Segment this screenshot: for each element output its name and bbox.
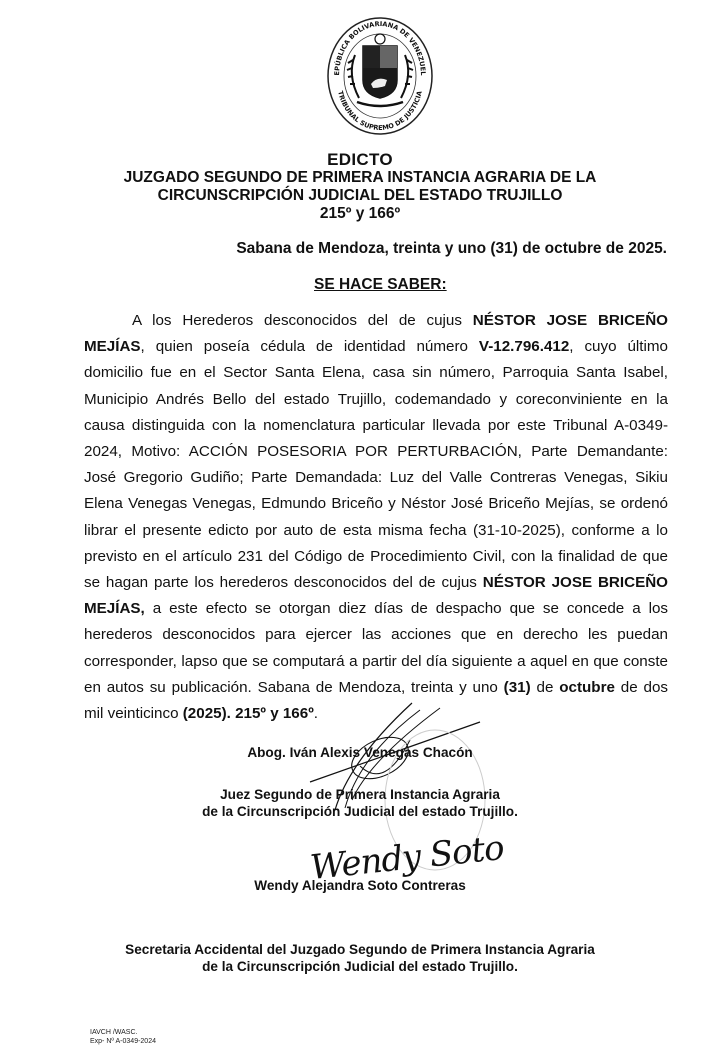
place-and-date: Sabana de Mendoza, treinta y uno (31) de…: [236, 240, 667, 258]
secretary-title-line1: Secretaria Accidental del Juzgado Segund…: [0, 942, 720, 957]
month-name: octubre: [559, 679, 615, 696]
footer-references: IAVCH /WASC. Exp- Nº A-0349-2024: [90, 1028, 156, 1046]
body-paragraph: A los Herederos desconocidos del de cuju…: [84, 308, 668, 727]
judge-title-line1: Juez Segundo de Primera Instancia Agrari…: [0, 787, 720, 802]
notice-heading: SE HACE SABER:: [314, 276, 447, 294]
initials: IAVCH /WASC.: [90, 1028, 156, 1037]
secretary-name: Wendy Alejandra Soto Contreras: [0, 878, 720, 893]
court-name-line2: CIRCUNSCRIPCIÓN JUDICIAL DEL ESTADO TRUJ…: [0, 187, 720, 205]
coat-of-arms-seal-icon: REPÚBLICA BOLIVARIANA DE VENEZUELA TRIBU…: [325, 10, 435, 135]
judge-title-line2: de la Circunscripción Judicial del estad…: [0, 804, 720, 819]
edict-body: A los Herederos desconocidos del de cuju…: [84, 308, 668, 727]
day-number: (31): [504, 679, 531, 696]
body-text: , cuyo último domicilio fue en el Sector…: [84, 338, 668, 591]
body-text: , quien poseía cédula de identidad númer…: [141, 338, 479, 355]
document-title: EDICTO: [0, 150, 720, 170]
year-and-era: (2025). 215º y 166º: [183, 705, 314, 722]
court-name-line1: JUZGADO SEGUNDO DE PRIMERA INSTANCIA AGR…: [0, 169, 720, 187]
judge-name: Abog. Iván Alexis Venegas Chacón: [0, 745, 720, 760]
independence-years: 215º y 166º: [0, 205, 720, 223]
secretary-title-line2: de la Circunscripción Judicial del estad…: [0, 959, 720, 974]
body-text: de: [531, 679, 560, 696]
body-text: A los Herederos desconocidos del de cuju…: [132, 312, 473, 329]
file-number: Exp- Nº A-0349-2024: [90, 1037, 156, 1046]
id-number: V-12.796.412: [479, 338, 569, 355]
